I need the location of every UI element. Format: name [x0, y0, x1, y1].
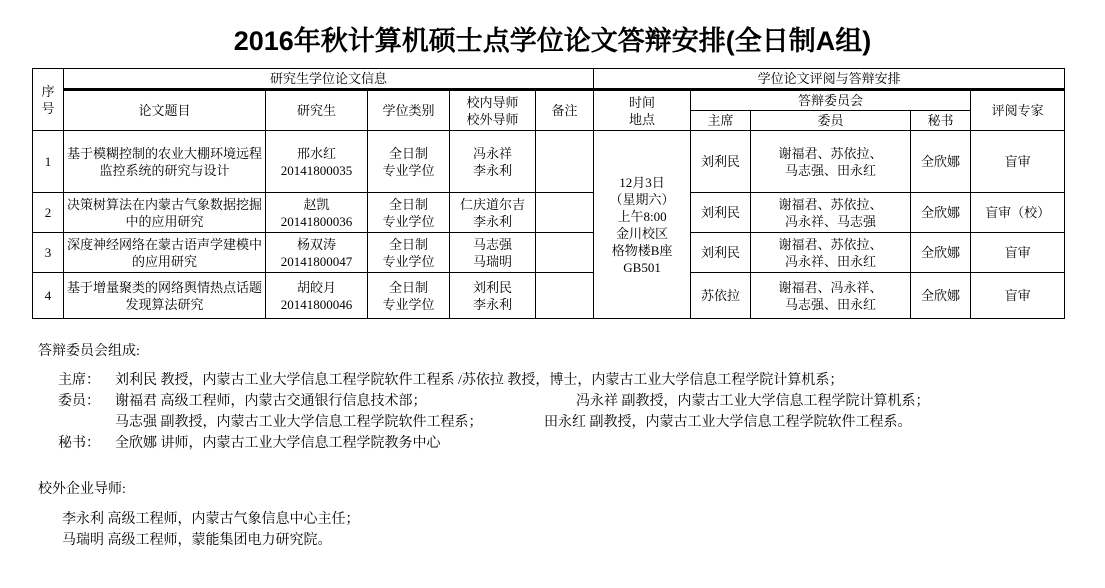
members-line-1: 委员： 谢福君 高级工程师，内蒙古交通银行信息技术部； 冯永祥 副教授，内蒙古工… [38, 391, 1105, 412]
header-index: 序 号 [33, 69, 64, 131]
committee-composition-section: 答辩委员会组成: 主席： 刘利民 教授，内蒙古工业大学信息工程学院软件工程系 /… [38, 341, 1105, 454]
members-line-2: 马志强 副教授，内蒙古工业大学信息工程学院软件工程系； 田永红 副教授，内蒙古工… [38, 412, 1105, 433]
cell-remarks [536, 233, 594, 273]
members-line1-right: 冯永祥 副教授，内蒙古工业大学信息工程学院计算机系； [576, 391, 930, 412]
cell-remarks [536, 131, 594, 193]
cell-reviewer: 盲审 [971, 273, 1065, 319]
document-title: 2016年秋计算机硕士点学位论文答辩安排(全日制A组) [0, 0, 1105, 58]
table-row: 2 决策树算法在内蒙古气象数据挖掘中的应用研究 赵凯 20141800036 全… [33, 193, 1065, 233]
cell-chair: 刘利民 [691, 131, 751, 193]
cell-degree-type: 全日制 专业学位 [368, 273, 450, 319]
header-row-groups: 序 号 研究生学位论文信息 学位论文评阅与答辩安排 [33, 69, 1065, 90]
header-chair: 主席 [691, 111, 751, 131]
secretary-text: 全欣娜 讲师，内蒙古工业大学信息工程学院教务中心 [115, 436, 441, 451]
cell-thesis-title: 决策树算法在内蒙古气象数据挖掘中的应用研究 [64, 193, 266, 233]
cell-student: 杨双涛 20141800047 [266, 233, 368, 273]
cell-supervisors: 刘利民 李永利 [450, 273, 536, 319]
cell-members: 谢福君、苏依拉、 冯永祥、马志强 [751, 193, 911, 233]
header-thesis-title: 论文题目 [64, 90, 266, 131]
cell-members: 谢福君、苏依拉、 冯永祥、田永红 [751, 233, 911, 273]
cell-time-place: 12月3日 （星期六） 上午8:00 金川校区 格物楼B座 GB501 [594, 131, 691, 319]
header-time-place: 时间 地点 [594, 90, 691, 131]
header-review-defense-group: 学位论文评阅与答辩安排 [594, 69, 1065, 90]
table-row: 4 基于增量聚类的网络舆情热点话题发现算法研究 胡皎月 20141800046 … [33, 273, 1065, 319]
cell-degree-type: 全日制 专业学位 [368, 131, 450, 193]
cell-index: 3 [33, 233, 64, 273]
cell-secretary: 全欣娜 [911, 233, 971, 273]
cell-index: 2 [33, 193, 64, 233]
cell-thesis-title: 深度神经网络在蒙古语声学建模中的应用研究 [64, 233, 266, 273]
header-degree-type: 学位类别 [368, 90, 450, 131]
cell-secretary: 全欣娜 [911, 193, 971, 233]
members-label: 委员： [58, 391, 100, 412]
external-section-heading: 校外企业导师: [38, 479, 1105, 500]
cell-reviewer: 盲审 [971, 233, 1065, 273]
committee-section-heading: 答辩委员会组成: [38, 341, 1105, 362]
cell-supervisors: 马志强 马瑞明 [450, 233, 536, 273]
cell-members: 谢福君、冯永祥、 马志强、田永红 [751, 273, 911, 319]
cell-student: 胡皎月 20141800046 [266, 273, 368, 319]
cell-index: 1 [33, 131, 64, 193]
cell-student: 赵凯 20141800036 [266, 193, 368, 233]
cell-members: 谢福君、苏依拉、 马志强、田永红 [751, 131, 911, 193]
cell-chair: 苏依拉 [691, 273, 751, 319]
table-row: 3 深度神经网络在蒙古语声学建模中的应用研究 杨双涛 20141800047 全… [33, 233, 1065, 273]
members-line2-left: 马志强 副教授，内蒙古工业大学信息工程学院软件工程系； [115, 415, 483, 430]
external-supervisor-line: 马瑞明 高级工程师，蒙能集团电力研究院。 [38, 530, 1105, 551]
header-secretary: 秘书 [911, 111, 971, 131]
cell-remarks [536, 273, 594, 319]
header-supervisors: 校内导师 校外导师 [450, 90, 536, 131]
cell-reviewer: 盲审 [971, 131, 1065, 193]
members-line2-right: 田永红 副教授，内蒙古工业大学信息工程学院软件工程系。 [544, 412, 912, 433]
cell-index: 4 [33, 273, 64, 319]
cell-reviewer: 盲审（校） [971, 193, 1065, 233]
header-thesis-info-group: 研究生学位论文信息 [64, 69, 594, 90]
secretary-line: 秘书： 全欣娜 讲师，内蒙古工业大学信息工程学院教务中心 [38, 433, 1105, 454]
secretary-label: 秘书： [58, 433, 100, 454]
cell-chair: 刘利民 [691, 193, 751, 233]
cell-thesis-title: 基于增量聚类的网络舆情热点话题发现算法研究 [64, 273, 266, 319]
external-supervisor-line: 李永利 高级工程师，内蒙古气象信息中心主任； [38, 509, 1105, 530]
header-members: 委员 [751, 111, 911, 131]
cell-degree-type: 全日制 专业学位 [368, 233, 450, 273]
external-supervisors-section: 校外企业导师: 李永利 高级工程师，内蒙古气象信息中心主任； 马瑞明 高级工程师… [38, 479, 1105, 551]
header-reviewer: 评阅专家 [971, 90, 1065, 131]
cell-remarks [536, 193, 594, 233]
chair-label: 主席： [58, 370, 100, 391]
cell-supervisors: 仁庆道尔吉 李永利 [450, 193, 536, 233]
cell-chair: 刘利民 [691, 233, 751, 273]
defense-schedule-table: 序 号 研究生学位论文信息 学位论文评阅与答辩安排 论文题目 研究生 学位类别 … [32, 68, 1065, 319]
members-line1-left: 谢福君 高级工程师，内蒙古交通银行信息技术部； [115, 394, 427, 409]
header-row-columns: 论文题目 研究生 学位类别 校内导师 校外导师 备注 时间 地点 答辩委员会 评… [33, 90, 1065, 111]
cell-secretary: 全欣娜 [911, 131, 971, 193]
table-row: 1 基于模糊控制的农业大棚环境远程监控系统的研究与设计 邢水红 20141800… [33, 131, 1065, 193]
header-committee-group: 答辩委员会 [691, 90, 971, 111]
chair-line: 主席： 刘利民 教授，内蒙古工业大学信息工程学院软件工程系 /苏依拉 教授，博士… [38, 370, 1105, 391]
document-page: 2016年秋计算机硕士点学位论文答辩安排(全日制A组) 序 号 研究生学位论文信… [0, 0, 1105, 588]
cell-supervisors: 冯永祥 李永利 [450, 131, 536, 193]
cell-degree-type: 全日制 专业学位 [368, 193, 450, 233]
cell-student: 邢水红 20141800035 [266, 131, 368, 193]
header-remarks: 备注 [536, 90, 594, 131]
cell-secretary: 全欣娜 [911, 273, 971, 319]
chair-text: 刘利民 教授，内蒙古工业大学信息工程学院软件工程系 /苏依拉 教授，博士，内蒙古… [115, 373, 843, 388]
header-student: 研究生 [266, 90, 368, 131]
cell-thesis-title: 基于模糊控制的农业大棚环境远程监控系统的研究与设计 [64, 131, 266, 193]
